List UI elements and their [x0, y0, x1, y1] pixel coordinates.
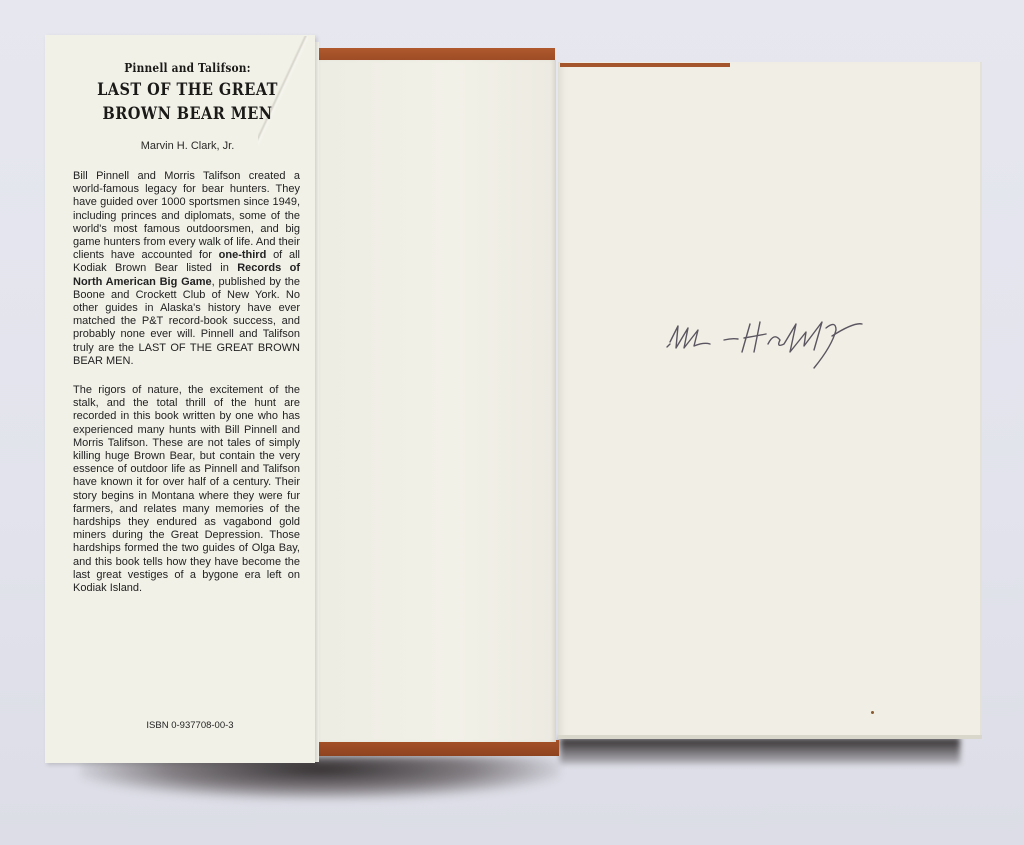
- signed-title-page: [558, 62, 982, 738]
- flap-author: Marvin H. Clark, Jr.: [70, 140, 305, 152]
- page-bottom-edge: [558, 735, 982, 739]
- flap-subtitle: Pinnell and Talifson:: [88, 60, 288, 75]
- endpaper: [300, 60, 556, 742]
- flap-title-line-1: LAST OF THE GREAT: [84, 78, 291, 102]
- flap-paragraph-1: Bill Pinnell and Morris Talifson created…: [70, 170, 305, 368]
- flap-paragraph-2: The rigors of nature, the excitement of …: [70, 384, 305, 595]
- paper-spot: [871, 711, 874, 714]
- flap-text: Pinnell and Talifson: LAST OF THE GREAT …: [70, 60, 305, 611]
- flap-title-line-2: BROWN BEAR MEN: [84, 102, 291, 126]
- book-shadow-right: [560, 738, 960, 764]
- back-board-edge: [560, 63, 730, 67]
- signature-icon: [664, 316, 868, 374]
- isbn: ISBN 0-937708-00-3: [45, 720, 315, 731]
- front-board-bottom-edge: [315, 740, 559, 756]
